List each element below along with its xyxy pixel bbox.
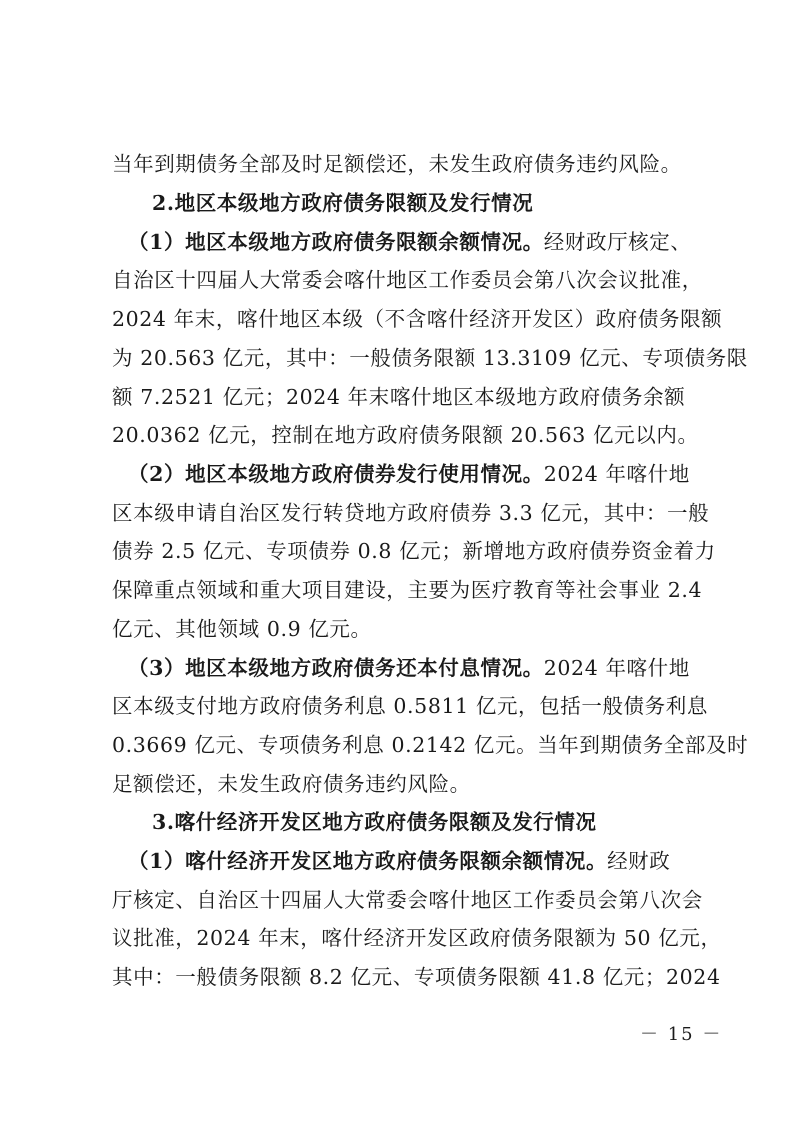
paragraph-line: 0.3669 亿元、专项债务利息 0.2142 亿元。当年到期债务全部及时 <box>112 731 684 759</box>
section-heading-2: 2.地区本级地方政府债务限额及发行情况 <box>152 189 684 217</box>
body-text: 当年到期债务全部及时足额偿还，未发生政府债务违约风险。 <box>112 152 682 176</box>
paragraph-line: 额 7.2521 亿元；2024 年末喀什地区本级地方政府债务余额 <box>112 383 684 411</box>
body-text: 自治区十四届人大常委会喀什地区工作委员会第八次会议批准， <box>112 268 703 292</box>
body-text: 保障重点领域和重大项目建设，主要为医疗教育等社会事业 2.4 <box>112 578 702 602</box>
paragraph-line: 当年到期债务全部及时足额偿还，未发生政府债务违约风险。 <box>112 150 684 178</box>
body-text: 亿元、其他领域 0.9 亿元。 <box>112 617 372 641</box>
paragraph-line: 足额偿还，未发生政府债务违约风险。 <box>112 770 684 798</box>
heading-text: 2.地区本级地方政府债务限额及发行情况 <box>152 191 533 215</box>
heading-text: 3.喀什经济开发区地方政府债务限额及发行情况 <box>152 810 597 834</box>
body-text: 厅核定、自治区十四届人大常委会喀什地区工作委员会第八次会 <box>112 888 703 912</box>
subsection-title: （1）喀什经济开发区地方政府债务限额余额情况。 <box>128 849 607 873</box>
subsection-title: （3）地区本级地方政府债务还本付息情况。 <box>128 656 544 680</box>
subsection-1-line: （1）地区本级地方政府债务限额余额情况。经财政厅核定、 <box>128 228 684 256</box>
paragraph-line: 债券 2.5 亿元、专项债券 0.8 亿元；新增地方政府债券资金着力 <box>112 537 684 565</box>
paragraph-line: 议批准，2024 年末，喀什经济开发区政府债务限额为 50 亿元， <box>112 924 684 952</box>
body-text: 20.0362 亿元，控制在地方政府债务限额 20.563 亿元以内。 <box>112 423 699 447</box>
body-text: 债券 2.5 亿元、专项债券 0.8 亿元；新增地方政府债券资金着力 <box>112 539 716 563</box>
body-text: 经财政厅核定、 <box>544 230 692 254</box>
body-text: 其中：一般债务限额 8.2 亿元、专项债务限额 41.8 亿元；2024 <box>112 965 721 989</box>
body-text: 区本级支付地方政府债务利息 0.5811 亿元，包括一般债务利息 <box>112 694 708 718</box>
subsection-title: （2）地区本级地方政府债券发行使用情况。 <box>128 462 544 486</box>
paragraph-line: 其中：一般债务限额 8.2 亿元、专项债务限额 41.8 亿元；2024 <box>112 963 684 991</box>
body-text: 2024 年喀什地 <box>544 656 690 680</box>
paragraph-line: 2024 年末，喀什地区本级（不含喀什经济开发区）政府债务限额 <box>112 305 684 333</box>
paragraph-line: 保障重点领域和重大项目建设，主要为医疗教育等社会事业 2.4 <box>112 576 684 604</box>
paragraph-line: 区本级支付地方政府债务利息 0.5811 亿元，包括一般债务利息 <box>112 692 684 720</box>
page-number: － 15 － <box>640 1020 722 1046</box>
body-text: 额 7.2521 亿元；2024 年末喀什地区本级地方政府债务余额 <box>112 385 685 409</box>
body-text: 为 20.563 亿元，其中：一般债务限额 13.3109 亿元、专项债务限 <box>112 346 748 370</box>
paragraph-line: 亿元、其他领域 0.9 亿元。 <box>112 615 684 643</box>
paragraph-line: 自治区十四届人大常委会喀什地区工作委员会第八次会议批准， <box>112 266 684 294</box>
subsection-3-line: （3）地区本级地方政府债务还本付息情况。2024 年喀什地 <box>128 654 684 682</box>
paragraph-line: 厅核定、自治区十四届人大常委会喀什地区工作委员会第八次会 <box>112 886 684 914</box>
section-heading-3: 3.喀什经济开发区地方政府债务限额及发行情况 <box>152 808 684 836</box>
body-text: 足额偿还，未发生政府债务违约风险。 <box>112 772 471 796</box>
body-text: 议批准，2024 年末，喀什经济开发区政府债务限额为 50 亿元， <box>112 926 722 950</box>
subsection-2-line: （2）地区本级地方政府债券发行使用情况。2024 年喀什地 <box>128 460 684 488</box>
subsection-3-1-line: （1）喀什经济开发区地方政府债务限额余额情况。经财政 <box>128 847 684 875</box>
paragraph-line: 区本级申请自治区发行转贷地方政府债券 3.3 亿元，其中：一般 <box>112 499 684 527</box>
document-page: 当年到期债务全部及时足额偿还，未发生政府债务违约风险。 2.地区本级地方政府债务… <box>0 0 793 1122</box>
body-text: 2024 年喀什地 <box>544 462 690 486</box>
body-text: 2024 年末，喀什地区本级（不含喀什经济开发区）政府债务限额 <box>112 307 722 331</box>
body-text: 区本级申请自治区发行转贷地方政府债券 3.3 亿元，其中：一般 <box>112 501 709 525</box>
paragraph-line: 为 20.563 亿元，其中：一般债务限额 13.3109 亿元、专项债务限 <box>112 344 684 372</box>
body-text: 0.3669 亿元、专项债务利息 0.2142 亿元。当年到期债务全部及时 <box>112 733 748 757</box>
paragraph-line: 20.0362 亿元，控制在地方政府债务限额 20.563 亿元以内。 <box>112 421 684 449</box>
body-text: 经财政 <box>607 849 670 873</box>
subsection-title: （1）地区本级地方政府债务限额余额情况。 <box>128 230 544 254</box>
